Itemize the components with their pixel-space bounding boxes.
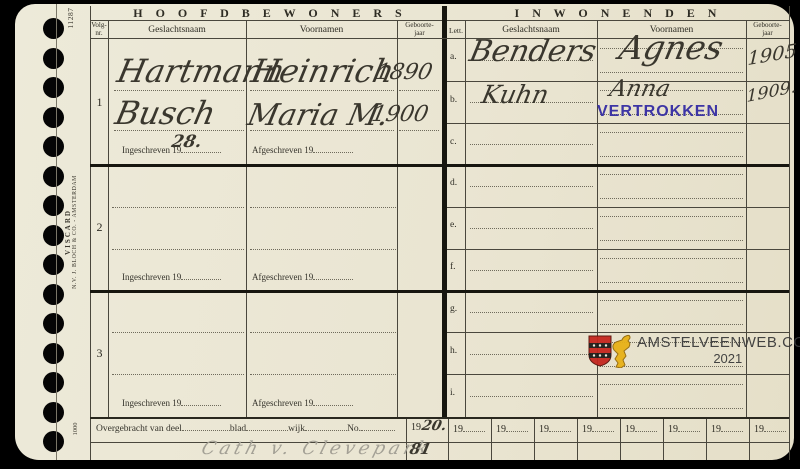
writing-line	[114, 130, 244, 131]
writing-line	[470, 354, 593, 355]
row-letter-e: e.	[450, 220, 457, 230]
writing-line	[250, 374, 396, 375]
grid-line	[447, 123, 789, 124]
fill-in-line	[463, 422, 485, 432]
writing-line	[250, 90, 394, 91]
fill-in-line	[721, 422, 743, 432]
no-label: No.	[347, 424, 361, 434]
grid-line	[491, 417, 492, 460]
afgeschreven-text: Afgeschreven 19	[252, 398, 313, 408]
punch-hole	[43, 254, 64, 275]
punch-hole	[43, 402, 64, 423]
writing-line	[250, 130, 394, 131]
punch-hole	[43, 77, 64, 98]
punch-hole	[43, 284, 64, 305]
grid-line	[749, 417, 750, 460]
writing-line	[600, 300, 743, 301]
row-number-2: 2	[92, 220, 107, 235]
punch-hole	[43, 225, 64, 246]
column-header-birthyear-left: Geboorte- jaar	[397, 22, 442, 37]
punch-hole	[43, 136, 64, 157]
card-serial-number: 11287	[66, 0, 78, 38]
grid-line	[90, 6, 91, 460]
grid-line	[663, 417, 664, 460]
fill-in-line	[182, 421, 230, 431]
lion-icon	[608, 334, 634, 368]
handwritten-firstnames-2: Maria M.	[244, 98, 392, 133]
handwritten-birthyear-2: 1900	[369, 102, 430, 127]
row-letter-i: i.	[450, 388, 455, 398]
right-section-title: I N W O N E N D E N	[478, 6, 758, 21]
ingeschreven-text: Ingeschreven 19	[122, 145, 181, 155]
writing-line	[112, 207, 244, 208]
handwritten-year-20: 20.	[420, 418, 448, 434]
handwritten-birthyear-1: 1890	[373, 60, 434, 85]
handwritten-firstnames-a: Agnes	[616, 28, 727, 67]
writing-line	[470, 270, 593, 271]
writing-line	[600, 72, 743, 73]
year-cell-6: 19	[668, 422, 700, 435]
writing-line	[250, 249, 396, 250]
ingeschreven-label-2: Ingeschreven 19	[122, 270, 221, 282]
row-number-3: 3	[92, 346, 107, 361]
year-prefix: 19	[496, 424, 506, 435]
grid-line	[534, 417, 535, 460]
row-letter-b: b.	[450, 95, 457, 105]
fill-in-line	[305, 421, 347, 431]
year-prefix: 19	[625, 424, 635, 435]
year-prefix: 19	[754, 424, 764, 435]
column-header-volgnr-line2: nr.	[90, 30, 108, 38]
grid-line	[56, 4, 57, 460]
column-header-birthyear-left-line2: jaar	[397, 30, 442, 38]
transfer-label: Overgebracht van deel	[96, 424, 182, 434]
fill-in-line	[181, 396, 221, 406]
writing-line	[600, 384, 743, 385]
grid-line	[90, 290, 789, 293]
year-cell-4: 19	[582, 422, 614, 435]
column-header-lett: Lett.	[447, 27, 465, 35]
fill-in-line	[246, 421, 288, 431]
fill-in-line	[361, 421, 395, 431]
fill-in-line	[313, 396, 353, 406]
wijk-label: wijk	[288, 424, 305, 434]
left-section-title: H O O F D B E W O N E R S	[130, 6, 410, 21]
fill-in-line	[313, 270, 353, 280]
row-number-1: 1	[92, 95, 107, 110]
fill-in-line	[549, 422, 571, 432]
punch-hole	[43, 107, 64, 128]
writing-line	[600, 216, 743, 217]
punch-hole	[43, 48, 64, 69]
ingeschreven-label-3: Ingeschreven 19	[122, 396, 221, 408]
writing-line	[600, 324, 743, 325]
fill-in-line	[181, 143, 221, 153]
writing-line	[600, 258, 743, 259]
punch-hole	[43, 431, 64, 452]
grid-line	[620, 417, 621, 460]
amstelveenweb-watermark: AMSTELVEENWEB.COM 2021	[588, 334, 800, 368]
writing-line	[112, 374, 244, 375]
printer-brand: VISCARD	[64, 157, 72, 307]
printer-name: N.V. J. BLOCH & CO. - AMSTERDAM	[72, 157, 78, 307]
writing-line	[600, 198, 743, 199]
afgeschreven-text: Afgeschreven 19	[252, 145, 313, 155]
handwritten-surname-a: Benders	[466, 34, 599, 69]
grid-line	[447, 249, 789, 250]
row-letter-h: h.	[450, 346, 457, 356]
writing-line	[600, 132, 743, 133]
punch-hole	[43, 313, 64, 334]
writing-line	[470, 396, 593, 397]
writing-line	[470, 186, 593, 187]
writing-line	[399, 130, 439, 131]
column-header-firstnames-left: Voornamen	[246, 25, 397, 35]
writing-line	[600, 156, 743, 157]
grid-line	[577, 417, 578, 460]
year-cell-7: 19	[711, 422, 743, 435]
watermark-site: AMSTELVEENWEB.COM	[637, 335, 800, 351]
writing-line	[600, 174, 743, 175]
writing-line	[250, 332, 396, 333]
fill-in-line	[181, 270, 221, 280]
punch-hole	[43, 372, 64, 393]
year-prefix: 19	[711, 424, 721, 435]
year-cell-8: 19	[754, 422, 786, 435]
grid-line	[465, 20, 466, 417]
grid-line	[447, 332, 789, 333]
punch-hole	[43, 195, 64, 216]
afgeschreven-text: Afgeschreven 19	[252, 272, 313, 282]
writing-line	[600, 282, 743, 283]
year-prefix: 19	[668, 424, 678, 435]
writing-line	[600, 240, 743, 241]
writing-line	[112, 249, 244, 250]
grid-line	[90, 442, 789, 443]
watermark-year: 2021	[637, 351, 800, 367]
row-letter-c: c.	[450, 137, 457, 147]
section-divider	[442, 6, 447, 417]
column-header-birthyear-right-line2: jaar	[746, 30, 789, 38]
pencil-address-note: Cath v. Clevepark	[199, 438, 434, 459]
writing-line	[470, 312, 593, 313]
column-header-surname-left: Geslachtsnaam	[108, 25, 246, 35]
grid-line	[447, 207, 789, 208]
writing-line	[250, 207, 396, 208]
writing-line	[399, 90, 439, 91]
ingeschreven-text: Ingeschreven 19	[122, 398, 181, 408]
column-header-volgnr: Volg- nr.	[90, 22, 108, 37]
printer-imprint: VISCARD N.V. J. BLOCH & CO. - AMSTERDAM	[64, 157, 86, 307]
handwritten-surname-2: Busch	[112, 94, 219, 132]
transfer-line: Overgebracht van deel blad wijk No.	[96, 421, 404, 434]
grid-line	[447, 374, 789, 375]
grid-line	[108, 20, 109, 417]
fill-in-line	[635, 422, 657, 432]
year-prefix: 19	[582, 424, 592, 435]
fill-in-line	[678, 422, 700, 432]
writing-line	[112, 332, 244, 333]
vertrokken-stamp: VERTROKKEN	[597, 103, 719, 121]
afgeschreven-label-1: Afgeschreven 19	[252, 143, 353, 155]
handwritten-surname-b: Kuhn	[479, 80, 552, 109]
fill-in-line	[592, 422, 614, 432]
row-letter-g: g.	[450, 304, 457, 314]
grid-line	[706, 417, 707, 460]
fill-in-line	[313, 143, 353, 153]
fill-in-line	[506, 422, 528, 432]
row-letter-f: f.	[450, 262, 456, 272]
year-cell-0: 19	[411, 422, 421, 433]
punch-hole	[43, 343, 64, 364]
fill-in-line	[764, 422, 786, 432]
ingeschreven-text: Ingeschreven 19	[122, 272, 181, 282]
ingeschreven-label-1: Ingeschreven 19	[122, 143, 221, 155]
grid-line	[448, 417, 449, 460]
year-prefix: 19	[411, 422, 421, 433]
grid-line	[789, 6, 790, 460]
writing-line	[470, 228, 593, 229]
year-cell-3: 19	[539, 422, 571, 435]
scanned-card-photo: 11287 VISCARD N.V. J. BLOCH & CO. - AMST…	[0, 0, 800, 469]
stock-number: 1000	[72, 411, 82, 447]
column-header-birthyear-right: Geboorte- jaar	[746, 22, 789, 37]
blad-label: blad	[230, 424, 246, 434]
row-letter-d: d.	[450, 178, 457, 188]
afgeschreven-label-2: Afgeschreven 19	[252, 270, 353, 282]
year-prefix: 19	[453, 424, 463, 435]
grid-line	[90, 164, 789, 167]
year-cell-2: 19	[496, 422, 528, 435]
punch-hole	[43, 18, 64, 39]
year-prefix: 19	[539, 424, 549, 435]
punch-hole	[43, 166, 64, 187]
year-cell-5: 19	[625, 422, 657, 435]
writing-line	[600, 408, 743, 409]
row-letter-a: a.	[450, 52, 457, 62]
afgeschreven-label-3: Afgeschreven 19	[252, 396, 353, 408]
year-cell-1: 19	[453, 422, 485, 435]
handwritten-number-81: 81	[408, 440, 433, 458]
writing-line	[114, 90, 244, 91]
handwritten-firstnames-b: Anna	[607, 76, 672, 102]
writing-line	[470, 144, 593, 145]
